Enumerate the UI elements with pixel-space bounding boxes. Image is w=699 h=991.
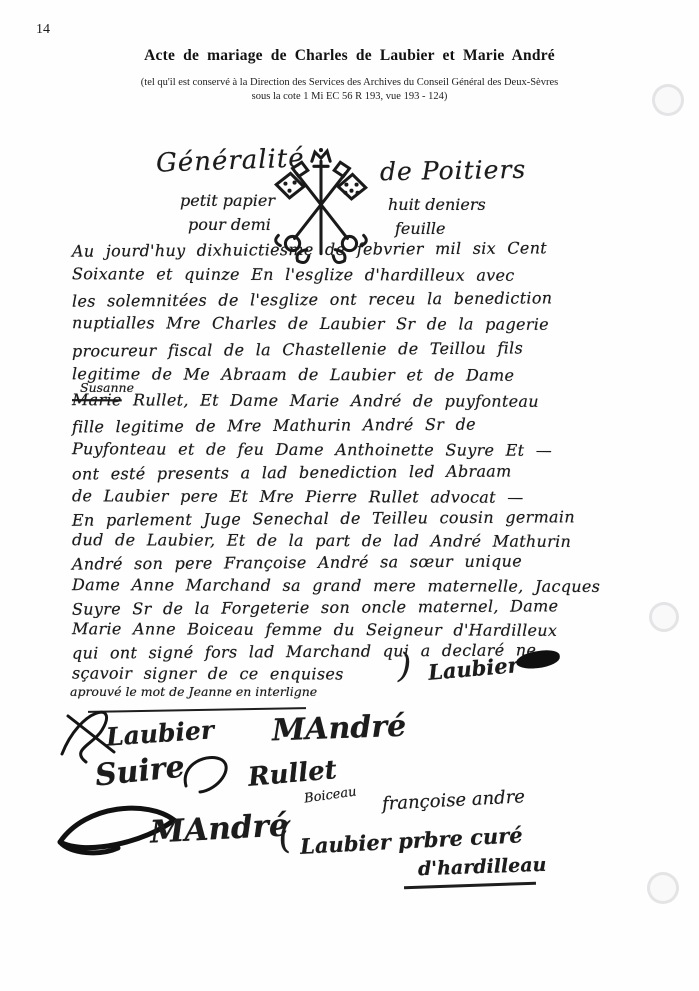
signature-hardilleau: d'hardilleau (418, 854, 547, 880)
archive-document-page: 14 Acte de mariage de Charles de Laubier… (0, 0, 699, 991)
paren-flourish: ( (275, 815, 295, 858)
signature-rullet: Rullet (247, 755, 338, 793)
signature-laubier: Laubier (105, 715, 215, 751)
generality-region-label: de Poitiers (380, 155, 527, 187)
manuscript-line: Marie Anne Boiceau femme du Seigneur d'H… (72, 619, 557, 640)
manuscript-line: fille legitime de Mre Mathurin André Sr … (72, 415, 476, 437)
manuscript-line: Dame Anne Marchand sa grand mere materne… (72, 575, 600, 596)
paper-half-label: pour demi (188, 215, 271, 234)
struck-word: Marie (72, 390, 122, 409)
binder-hole-shadow (647, 872, 679, 904)
archive-reference-line1: (tel qu'il est conservé à la Direction d… (0, 76, 699, 90)
manuscript-line: En parlement Juge Senechal de Teilleu co… (72, 507, 575, 530)
binder-hole-shadow (649, 602, 679, 632)
manuscript-line: André son pere Françoise André sa sœur u… (72, 551, 522, 573)
signature-m-andre: MAndré (271, 709, 406, 749)
paper-type-label: petit papier (180, 191, 275, 210)
archive-reference-note: (tel qu'il est conservé à la Direction d… (0, 76, 699, 104)
tax-amount-label: huit deniers (388, 195, 486, 214)
closing-line: sçavoir signer de ce enquises (72, 664, 344, 684)
manuscript-line: procureur fiscal de la Chastellenie de T… (72, 338, 523, 360)
manuscript-line: Au jourd'huy dixhuictiesme de febvrier m… (72, 238, 547, 260)
manuscript-line: Soixante et quinze En l'esglize d'hardil… (72, 264, 515, 285)
manuscript-line: nuptialles Mre Charles de Laubier Sr de … (72, 313, 549, 334)
signature-m-andre-2: MAndré (149, 807, 289, 850)
signature-underline (404, 882, 536, 890)
page-title: Acte de mariage de Charles de Laubier et… (0, 47, 699, 65)
corrected-line-rest: Rullet, Et Dame Marie André de puyfontea… (133, 390, 539, 410)
signature-boiceau: Boiceau (303, 784, 357, 806)
manuscript-line: Suyre Sr de la Forgeterie son oncle mate… (72, 596, 558, 618)
manuscript-line: dud de Laubier, Et de la part de lad And… (72, 530, 571, 551)
manuscript-line: legitime de Me Abraam de Laubier et de D… (72, 364, 514, 385)
binder-hole-shadow (652, 84, 684, 116)
manuscript-line: les solemnitées de l'esglize ont receu l… (72, 288, 552, 310)
manuscript-line: de Laubier pere Et Mre Pierre Rullet adv… (72, 486, 524, 507)
manuscript-line: ont esté presents a lad benediction led … (72, 461, 512, 483)
paraph-loop-icon (178, 750, 244, 796)
closing-flourish: ) (398, 646, 411, 686)
signature-laubier-cure: Laubier prbre curé (299, 822, 523, 859)
manuscript-line-corrected: Marie Rullet, Et Dame Marie André de puy… (72, 390, 539, 411)
archive-reference-line2: sous la cote 1 Mi EC 56 R 193, vue 193 -… (0, 90, 699, 104)
manuscript-line: Puyfonteau et de feu Dame Anthoinette Su… (72, 439, 552, 460)
signature-francoise-andre: françoise andre (382, 786, 526, 814)
page-number: 14 (36, 22, 50, 38)
sheet-label: feuille (395, 219, 446, 238)
